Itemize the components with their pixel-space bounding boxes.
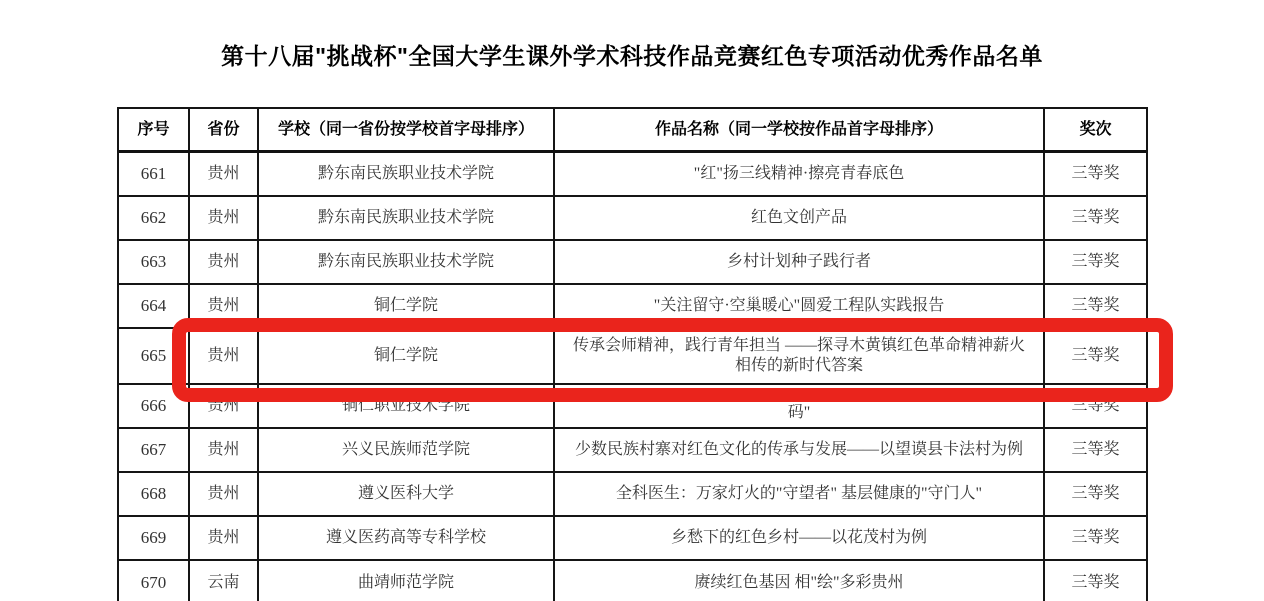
cell-award: 三等奖 [1045, 517, 1146, 559]
cell-no: 664 [119, 285, 190, 327]
cell-award: 三等奖 [1045, 561, 1146, 601]
cell-province: 贵州 [190, 429, 259, 471]
cell-award: 三等奖 [1045, 153, 1146, 195]
header-province: 省份 [190, 109, 259, 150]
cell-province: 贵州 [190, 329, 259, 383]
cell-work: 乡村计划种子践行者 [555, 241, 1045, 283]
table-row-667: 667 贵州 兴义民族师范学院 少数民族村寨对红色文化的传承与发展——以望谟县卡… [119, 429, 1146, 473]
cell-award: 三等奖 [1045, 197, 1146, 239]
cell-province: 贵州 [190, 241, 259, 283]
document-page: { "title": "第十八届\"挑战杯\"全国大学生课外学术科技作品竞赛红色… [0, 0, 1264, 601]
table-row-663: 663 贵州 黔东南民族职业技术学院 乡村计划种子践行者 三等奖 [119, 241, 1146, 285]
cell-work: "关注留守·空巢暖心"圆爱工程队实践报告 [555, 285, 1045, 327]
cell-school: 兴义民族师范学院 [259, 429, 555, 471]
cell-work: 赓续红色基因 相"绘"多彩贵州 [555, 561, 1045, 601]
cell-award: 三等奖 [1045, 473, 1146, 515]
cell-work: "红"扬三线精神·擦亮青春底色 [555, 153, 1045, 195]
cell-award: 三等奖 [1045, 285, 1146, 327]
cell-school: 黔东南民族职业技术学院 [259, 241, 555, 283]
cell-province: 贵州 [190, 473, 259, 515]
cell-school: 遵义医科大学 [259, 473, 555, 515]
cell-work: 码" [555, 385, 1045, 427]
table-header-row: 序号 省份 学校（同一省份按学校首字母排序） 作品名称（同一学校按作品首字母排序… [119, 109, 1146, 153]
cell-no: 666 [119, 385, 190, 427]
cell-province: 贵州 [190, 385, 259, 427]
cell-work: 红色文创产品 [555, 197, 1045, 239]
table-row-664: 664 贵州 铜仁学院 "关注留守·空巢暖心"圆爱工程队实践报告 三等奖 [119, 285, 1146, 329]
cell-award: 三等奖 [1045, 241, 1146, 283]
header-award: 奖次 [1045, 109, 1146, 150]
cell-province: 贵州 [190, 285, 259, 327]
cell-school: 铜仁学院 [259, 285, 555, 327]
table-row-669: 669 贵州 遵义医药高等专科学校 乡愁下的红色乡村——以花茂村为例 三等奖 [119, 517, 1146, 561]
table-row-666: 666 贵州 铜仁职业技术学院 码" 三等奖 [119, 385, 1146, 429]
cell-work: 乡愁下的红色乡村——以花茂村为例 [555, 517, 1045, 559]
cell-province: 云南 [190, 561, 259, 601]
cell-no: 667 [119, 429, 190, 471]
cell-no: 670 [119, 561, 190, 601]
cell-no: 663 [119, 241, 190, 283]
cell-school: 黔东南民族职业技术学院 [259, 197, 555, 239]
cell-school: 铜仁职业技术学院 [259, 385, 555, 427]
cell-no: 668 [119, 473, 190, 515]
cell-work: 全科医生：万家灯火的"守望者" 基层健康的"守门人" [555, 473, 1045, 515]
cell-work: 传承会师精神，践行青年担当 ——探寻木黄镇红色革命精神薪火相传的新时代答案 [555, 329, 1045, 383]
cell-no: 662 [119, 197, 190, 239]
table-row-665-highlighted: 665 贵州 铜仁学院 传承会师精神，践行青年担当 ——探寻木黄镇红色革命精神薪… [119, 329, 1146, 385]
cell-no: 669 [119, 517, 190, 559]
table-row-661: 661 贵州 黔东南民族职业技术学院 "红"扬三线精神·擦亮青春底色 三等奖 [119, 153, 1146, 197]
cell-province: 贵州 [190, 197, 259, 239]
cell-school: 黔东南民族职业技术学院 [259, 153, 555, 195]
award-table: 序号 省份 学校（同一省份按学校首字母排序） 作品名称（同一学校按作品首字母排序… [117, 107, 1148, 601]
cell-award: 三等奖 [1045, 329, 1146, 383]
cell-province: 贵州 [190, 153, 259, 195]
table-row-668: 668 贵州 遵义医科大学 全科医生：万家灯火的"守望者" 基层健康的"守门人"… [119, 473, 1146, 517]
header-school: 学校（同一省份按学校首字母排序） [259, 109, 555, 150]
header-work: 作品名称（同一学校按作品首字母排序） [555, 109, 1045, 150]
cell-award: 三等奖 [1045, 429, 1146, 471]
page-title: 第十八届"挑战杯"全国大学生课外学术科技作品竞赛红色专项活动优秀作品名单 [0, 38, 1264, 71]
cell-school: 曲靖师范学院 [259, 561, 555, 601]
header-no: 序号 [119, 109, 190, 150]
cell-school: 遵义医药高等专科学校 [259, 517, 555, 559]
cell-work: 少数民族村寨对红色文化的传承与发展——以望谟县卡法村为例 [555, 429, 1045, 471]
cell-province: 贵州 [190, 517, 259, 559]
cell-no: 665 [119, 329, 190, 383]
cell-school: 铜仁学院 [259, 329, 555, 383]
cell-award: 三等奖 [1045, 385, 1146, 427]
cell-no: 661 [119, 153, 190, 195]
table-row-662: 662 贵州 黔东南民族职业技术学院 红色文创产品 三等奖 [119, 197, 1146, 241]
table-row-670: 670 云南 曲靖师范学院 赓续红色基因 相"绘"多彩贵州 三等奖 [119, 561, 1146, 601]
